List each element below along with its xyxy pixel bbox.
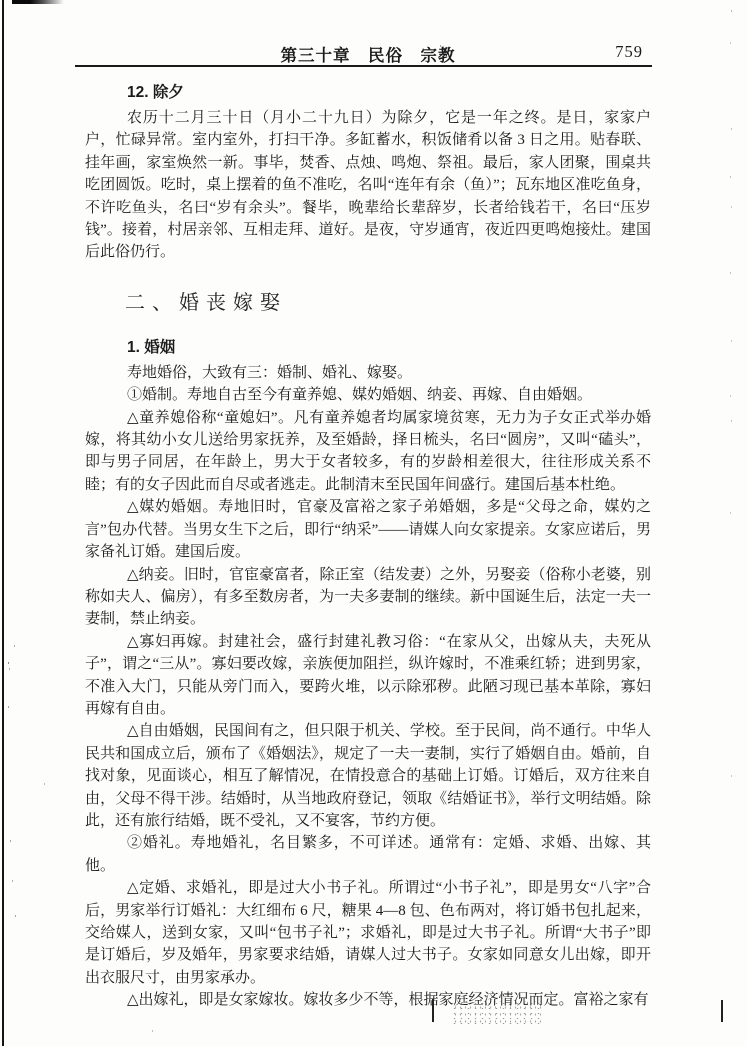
page-body: 12. 除夕 农历十二月三十日（月小二十九日）为除夕，它是一年之终。是日，家家户…	[85, 76, 651, 1012]
paragraph-marriage-overview: 寿地婚俗，大致有三：婚制、婚礼、嫁娶。	[85, 362, 651, 384]
scan-smudge-bottom	[451, 1001, 541, 1027]
scan-edge-line	[2, 0, 4, 1046]
heading-new-years-eve: 12. 除夕	[85, 82, 651, 104]
running-header: 第三十章 民俗 宗教 759	[85, 42, 651, 64]
scan-mark-bottom-left-bar	[432, 999, 434, 1022]
scan-smudge-top-left	[12, 0, 64, 4]
paragraph-concubinage: △纳妾。旧时，官宦豪富者，除正室（结发妻）之外，另娶妾（俗称小老婆，别称如夫人、…	[85, 564, 651, 631]
paragraph-wedding-rites: ②婚礼。寿地婚礼，名目繁多，不可详述。通常有：定婚、求婚、出嫁、其他。	[85, 832, 651, 877]
paragraph-child-bride: △童养媳俗称“童媳妇”。凡有童养媳者均属家境贫寒，无力为子女正式举办婚嫁，将其幼…	[85, 407, 651, 497]
paragraph-free-marriage: △自由婚姻，民国间有之，但只限于机关、学校。至于民间，尚不通行。中华人民共和国成…	[85, 720, 651, 832]
scanned-book-page: 第三十章 民俗 宗教 759 12. 除夕 农历十二月三十日（月小二十九日）为除…	[0, 0, 747, 1046]
scan-speckles	[0, 0, 1, 2]
page-number: 759	[615, 42, 643, 62]
paragraph-engagement-rites: △定婚、求婚礼，即是过大小书子礼。所谓过“小书子礼”，即是男女“八字”合后，男家…	[85, 877, 651, 989]
paragraph-dowry-rites: △出嫁礼，即是女家嫁妆。嫁妆多少不等，根据家庭经济情况而定。富裕之家有	[85, 989, 651, 1011]
paragraph-new-years-eve: 农历十二月三十日（月小二十九日）为除夕，它是一年之终。是日，家家户户，忙碌异常。…	[85, 107, 651, 264]
heading-marriage: 1. 婚姻	[85, 337, 651, 359]
paragraph-marriage-system: ①婚制。寿地自古至今有童养媳、媒妁婚姻、纳妾、再嫁、自由婚姻。	[85, 384, 651, 406]
paragraph-widow-remarriage: △寡妇再嫁。封建社会，盛行封建礼教习俗：“在家从父，出嫁从夫，夫死从子”，谓之“…	[85, 631, 651, 721]
heading-marriage-funeral-section: 二、婚丧嫁娶	[85, 290, 651, 317]
scan-mark-bottom-right-bar	[721, 1000, 723, 1022]
chapter-title: 第三十章 民俗 宗教	[85, 42, 651, 66]
paragraph-matchmaker-marriage: △媒妁婚姻。寿地旧时，官豪及富裕之家子弟婚姻，多是“父母之命，媒妁之言”包办代替…	[85, 496, 651, 563]
header-rule	[75, 65, 652, 67]
